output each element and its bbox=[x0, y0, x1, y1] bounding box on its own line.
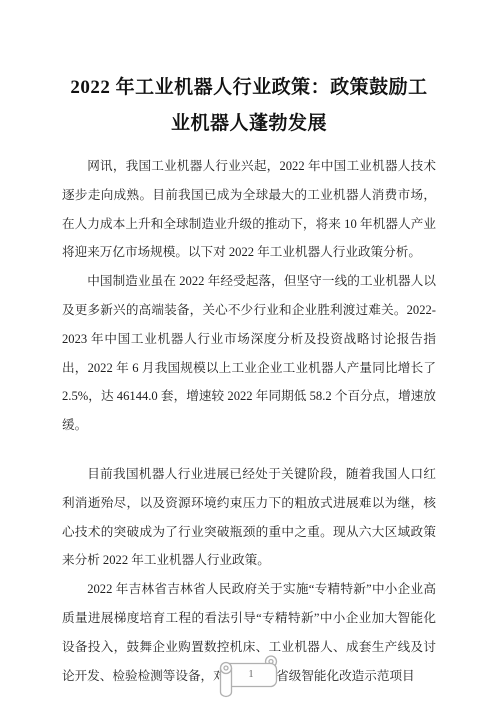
paragraph-industry-stage: 目前我国机器人行业进展已经处于关键阶段，随着我国人口红利消逝殆尽，以及资源环境约… bbox=[62, 460, 436, 575]
page-number-footer: 1 bbox=[212, 652, 288, 702]
document-page: 2022 年工业机器人行业政策：政策鼓励工 业机器人蓬勃发展 网讯，我国工业机器… bbox=[0, 0, 500, 707]
page-title-line-2: 业机器人蓬勃发展 bbox=[62, 106, 436, 142]
page-title: 2022 年工业机器人行业政策：政策鼓励工 业机器人蓬勃发展 bbox=[0, 0, 500, 142]
document-body: 网讯，我国工业机器人行业兴起，2022 年中国工业机器人技术逐步走向成熟。目前我… bbox=[0, 152, 500, 690]
page-number: 1 bbox=[225, 665, 277, 685]
paragraph-manufacturing-stats: 中国制造业虽在 2022 年经受起落，但坚守一线的工业机器人以及更多新兴的高端装… bbox=[62, 267, 436, 440]
page-title-line-1: 2022 年工业机器人行业政策：政策鼓励工 bbox=[62, 70, 436, 106]
paragraph-intro: 网讯，我国工业机器人行业兴起，2022 年中国工业机器人技术逐步走向成熟。目前我… bbox=[62, 152, 436, 267]
